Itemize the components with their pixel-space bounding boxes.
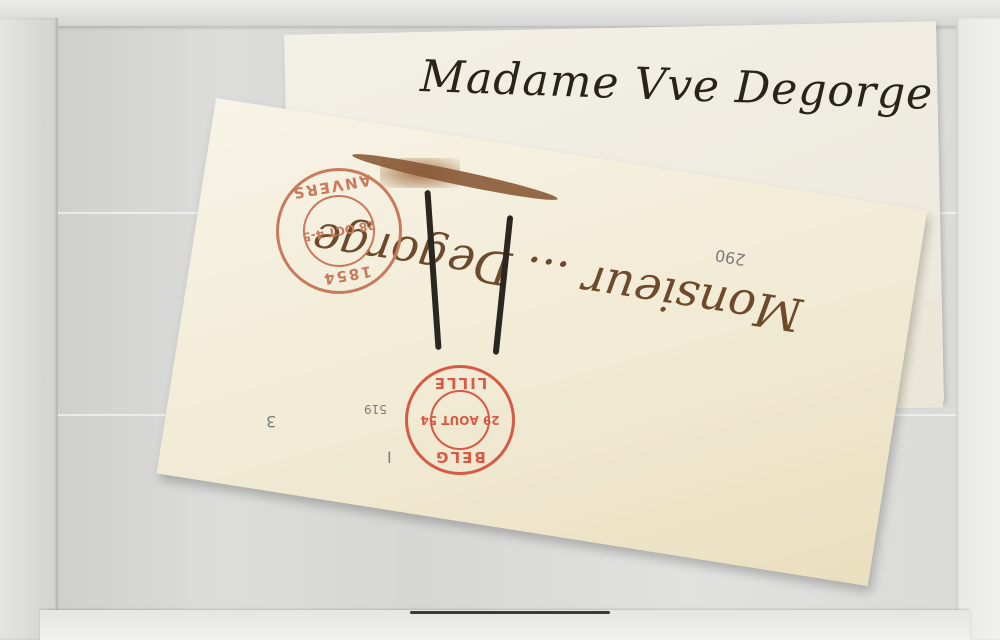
postmark-city: LILLE xyxy=(408,374,512,392)
postmark-belg: BELG 29 AOUT 54 LILLE xyxy=(405,365,515,475)
box-wall-left xyxy=(0,18,58,640)
postmark-date: 29 AOUT 54 xyxy=(408,413,512,427)
box-slot xyxy=(410,611,610,614)
pencil-note: 3 xyxy=(266,412,276,431)
box-wall-bottom xyxy=(40,610,970,640)
box-wall-right xyxy=(956,18,1000,640)
pencil-note: 519 xyxy=(364,402,387,416)
pencil-note: I xyxy=(387,448,392,467)
postmark-country: BELG xyxy=(408,448,512,466)
